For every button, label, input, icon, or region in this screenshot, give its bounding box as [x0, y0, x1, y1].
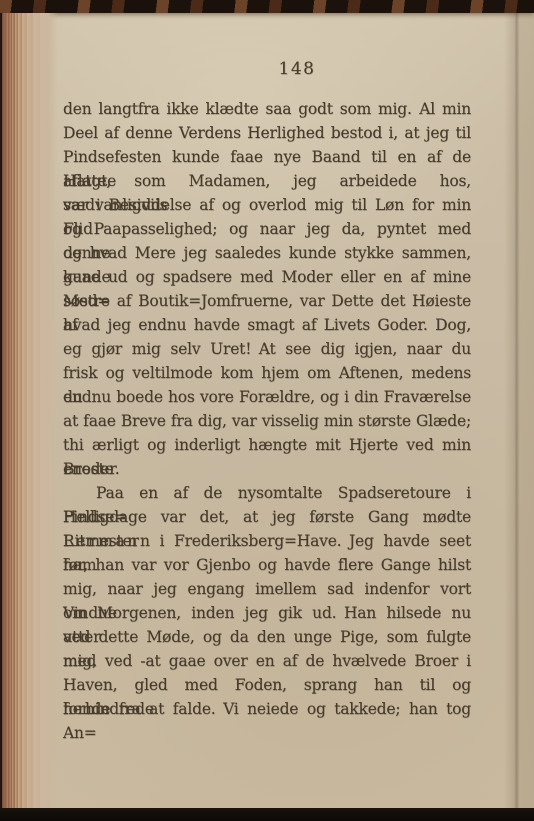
- page-right-shadow: [504, 13, 534, 808]
- text-line: mig, naar jeg engang imellem sad indenfo…: [63, 577, 471, 601]
- text-line: Deel af denne Verdens Herlighed bestod i…: [63, 121, 471, 145]
- text-line: frisk og veltilmode kom hjem om Aftenen,…: [63, 361, 471, 385]
- text-line: mig, ved -at gaae over en af de hvælvede…: [63, 649, 471, 673]
- text-line: før, han var vor Gjenbo og havde flere G…: [63, 553, 471, 577]
- scanned-book-photo: { "page": { "number": "148", "paragraphs…: [0, 0, 534, 821]
- text-line: Broder.: [63, 457, 471, 481]
- text-line: Pindsefesten kunde faae nye Baand til en…: [63, 145, 471, 169]
- text-line: den langtfra ikke klædte saa godt som mi…: [63, 97, 471, 121]
- text-line: om Morgenen, inden jeg gik ud. Han hilse…: [63, 601, 471, 625]
- text-line: og hvad Mere jeg saaledes kunde stykke s…: [63, 241, 471, 265]
- text-line: eg gjør mig selv Uret! At see dig igjen,…: [63, 337, 471, 361]
- text-line: at faae Breve fra dig, var visselig min …: [63, 409, 471, 433]
- text-line: Haven, gled med Foden, sprang han til og…: [63, 673, 471, 697]
- text-line: var i Besiddelse af og overlod mig til L…: [63, 193, 471, 217]
- text-line: hvad jeg endnu havde smagt af Livets God…: [63, 313, 471, 337]
- book-cover-bottom-edge: [0, 808, 534, 821]
- text-line: Paa en af de nysomtalte Spadseretoure i …: [63, 481, 471, 505]
- text-line: ved dette Møde, og da den unge Pige, som…: [63, 625, 471, 649]
- text-line: og Paapasselighed; og naar jeg da, pynte…: [63, 217, 471, 241]
- text-line: Hatte, som Madamen, jeg arbeidede hos, s…: [63, 169, 471, 193]
- page-edges-left: [0, 13, 58, 808]
- text-line: thi ærligt og inderligt hængte mit Hjert…: [63, 433, 471, 457]
- body-text: den langtfra ikke klædte saa godt som mi…: [63, 97, 471, 721]
- page-number: 148: [60, 59, 534, 79]
- text-line: gaae ud og spadsere med Moder eller en a…: [63, 265, 471, 289]
- text-line: hende fra at falde. Vi neiede og takkede…: [63, 697, 471, 721]
- text-line: L e r m a n n i Frederiksberg=Have. Jeg …: [63, 529, 471, 553]
- text-line: søstre af Boutik=Jomfruerne, var Dette d…: [63, 289, 471, 313]
- text-line: endnu boede hos vore Forældre, og i din …: [63, 385, 471, 409]
- book-cover-top-edge: [0, 0, 534, 13]
- text-line: Helligdage var det, at jeg første Gang m…: [63, 505, 471, 529]
